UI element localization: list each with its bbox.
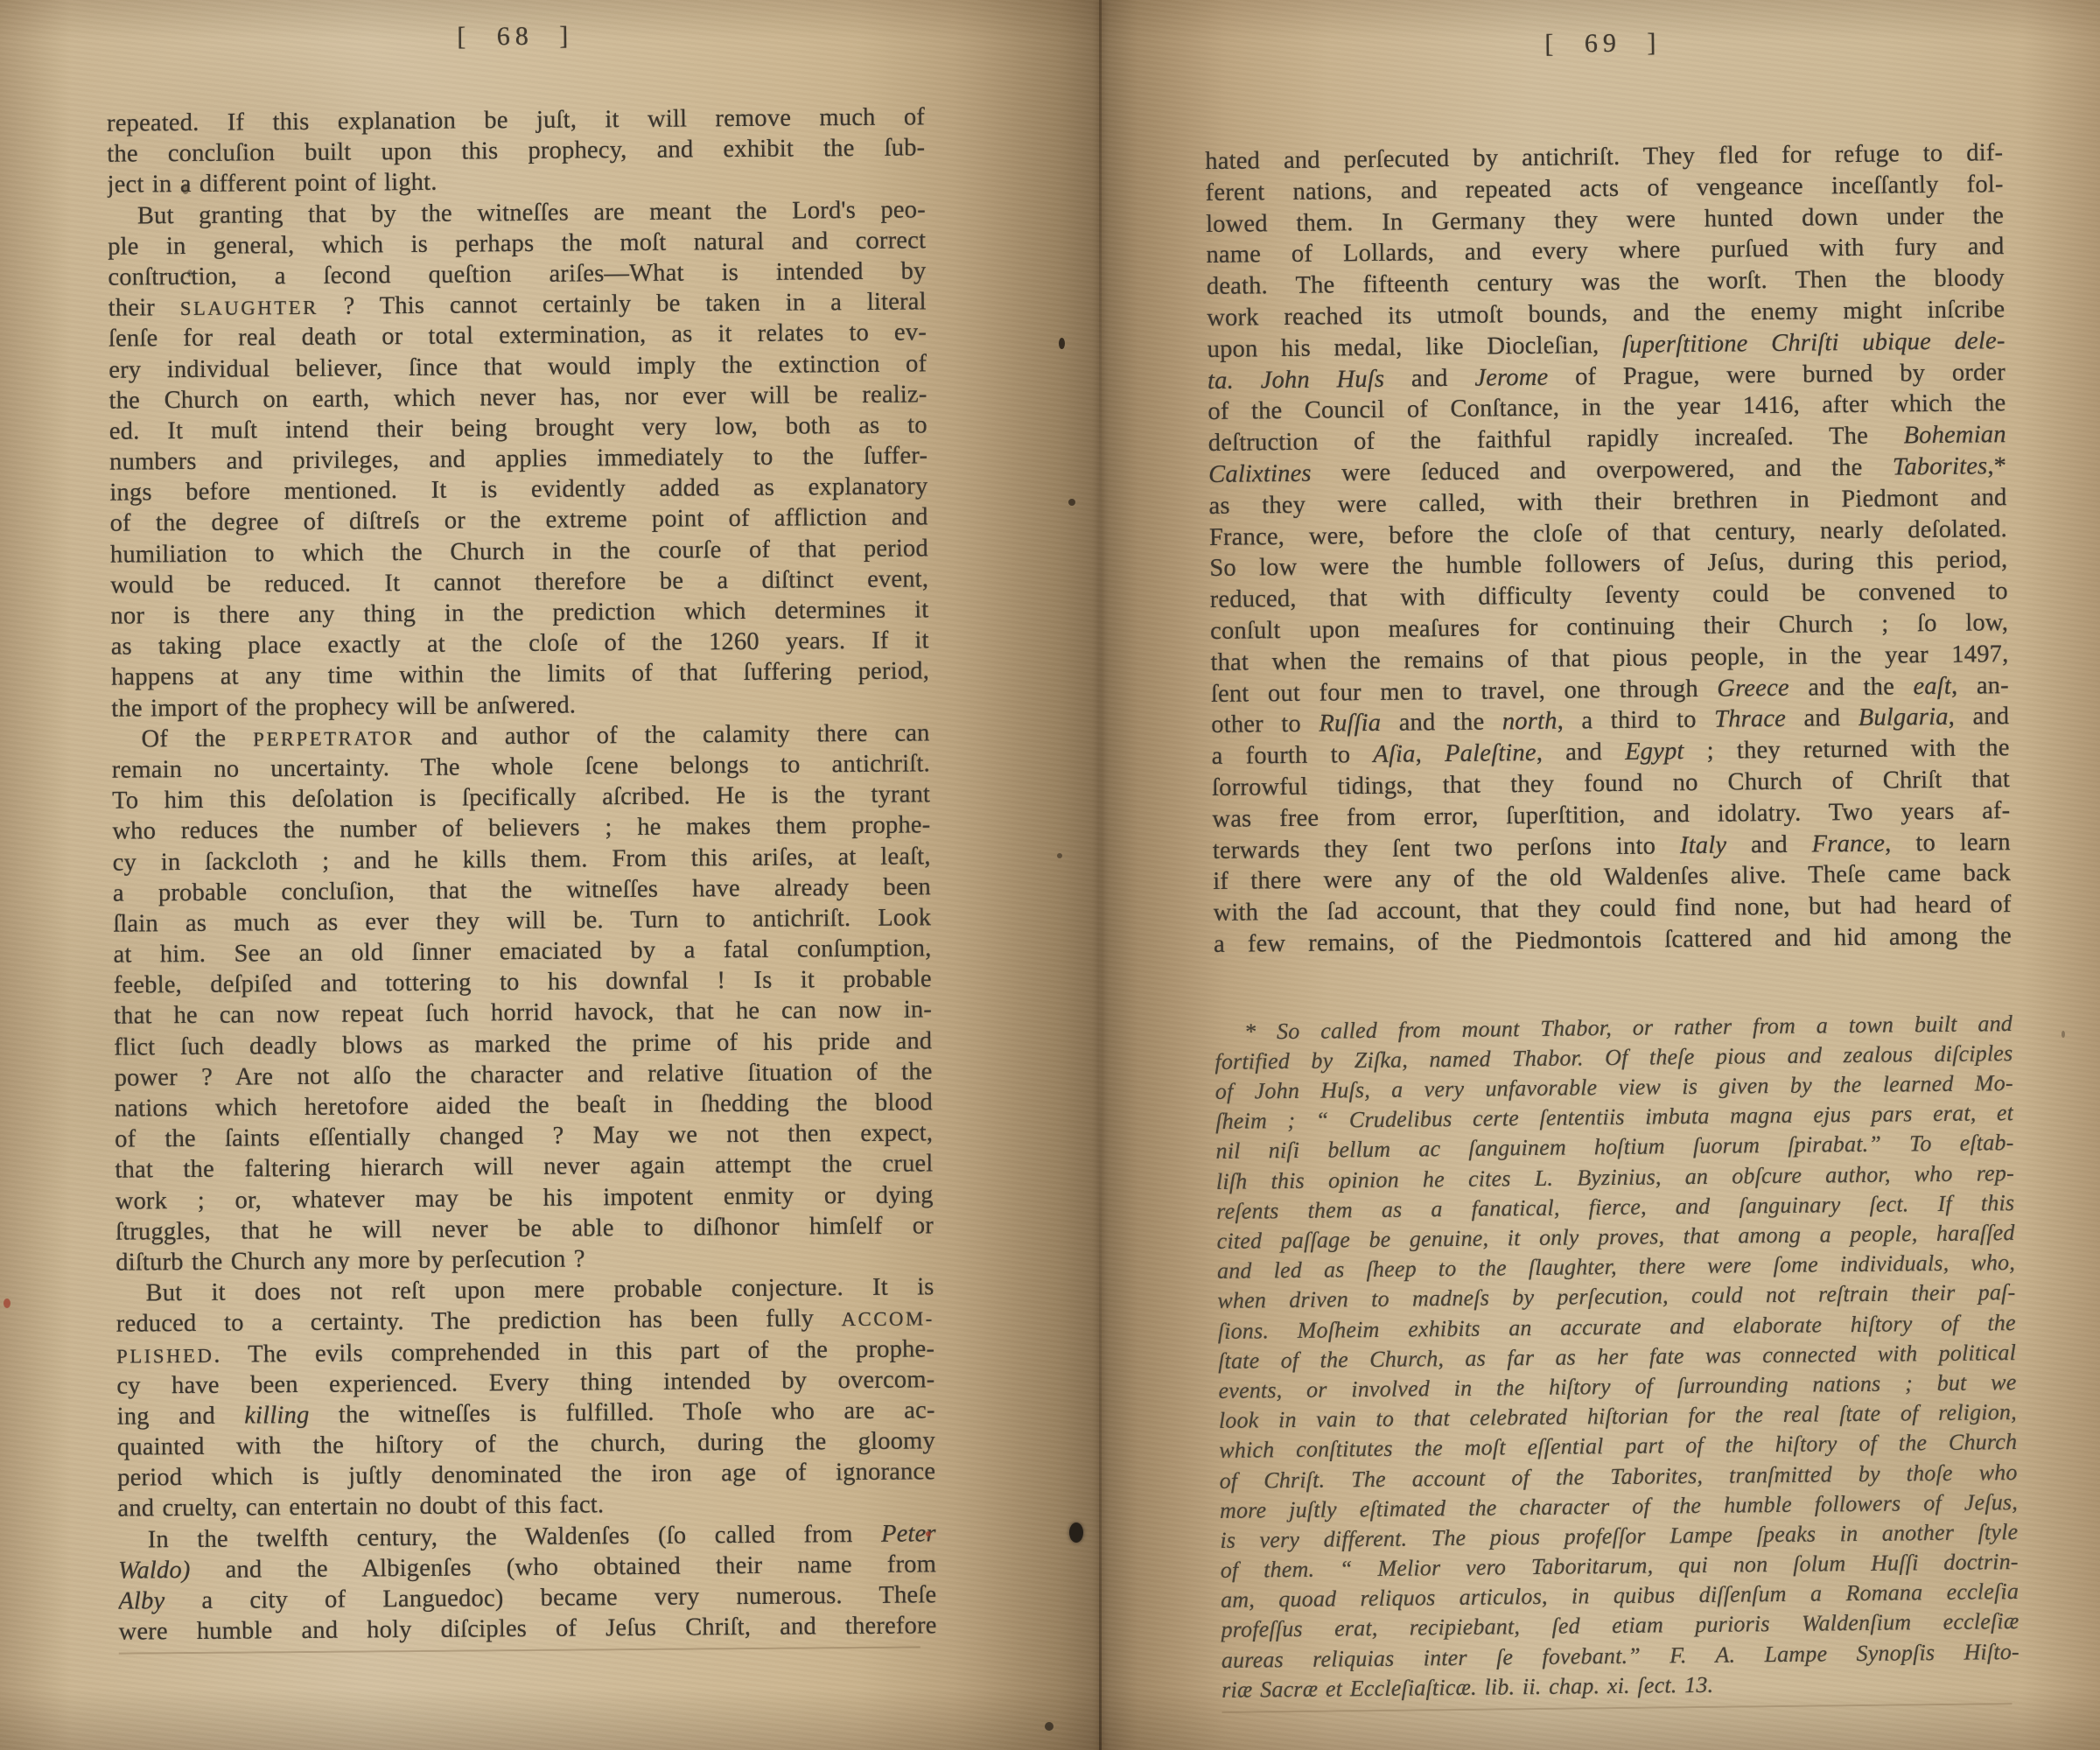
- ink-speck: [1045, 1722, 1053, 1731]
- red-speck: [926, 1531, 931, 1536]
- text-line: ſtruggles, that he will never be able to…: [115, 1210, 934, 1248]
- text-line: happens at any time within the limits of…: [111, 656, 929, 694]
- ink-smudge: [182, 184, 189, 194]
- ink-speck: [1068, 499, 1075, 506]
- stitch-hole: [1059, 338, 1065, 349]
- page-number-left: [ 68 ]: [106, 16, 924, 57]
- ink-speck: [1057, 853, 1062, 858]
- binding-crease: [1099, 0, 1102, 1750]
- page-right-text: hated and perſecuted by antichriſt. They…: [1205, 137, 2012, 961]
- page-left-bottom-rule: [119, 1647, 920, 1655]
- page-right-bottom-rule: [1221, 1703, 2012, 1713]
- page-left-text: repeated. If this explanation be juſt, i…: [107, 101, 937, 1648]
- red-speck: [3, 1298, 10, 1308]
- paper-fleck: [2061, 1031, 2065, 1038]
- book-scan: { "colors": { "paper": "#ccb694", "ink":…: [0, 0, 2100, 1750]
- book-spread: [ 68 ] repeated. If this explanation be …: [0, 0, 2100, 1750]
- page-number-right: [ 69 ]: [1204, 22, 2002, 66]
- page-left: [ 68 ] repeated. If this explanation be …: [106, 16, 937, 1655]
- page-right-footnote: * So called from mount Thabor, or rather…: [1214, 1009, 2019, 1705]
- page-right: [ 69 ] hated and perſecuted by antichriſ…: [1204, 22, 2020, 1713]
- text-line: were humble and holy diſciples of Jeſus …: [118, 1610, 936, 1648]
- ink-blot: [1069, 1522, 1083, 1543]
- ink-smudge: [187, 269, 192, 277]
